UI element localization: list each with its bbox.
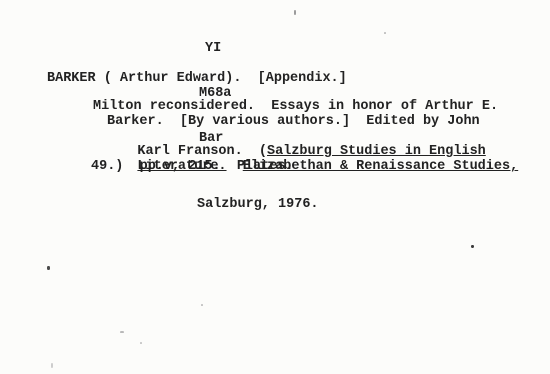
catalog-card-scan: { "card": { "call_number": ["YI", "M68a"… <box>0 0 550 374</box>
scan-speck <box>384 32 386 34</box>
scan-speck <box>51 363 53 368</box>
scan-speck <box>471 245 474 248</box>
scan-speck <box>140 342 142 344</box>
author-heading: BARKER ( Arthur Edward). [Appendix.] <box>47 71 347 86</box>
scan-speck <box>201 304 203 306</box>
scan-speck <box>47 266 50 270</box>
entry-line-collation: 49.) pp.v, 215. Plates. <box>91 159 294 174</box>
entry-line-editors: Barker. [By various authors.] Edited by … <box>107 114 480 129</box>
entry-line-title: Milton reconsidered. Essays in honor of … <box>93 99 498 114</box>
call-number-line: YI <box>205 41 231 56</box>
scan-speck <box>294 10 296 15</box>
scan-speck <box>120 331 124 333</box>
imprint: Salzburg, 1976. <box>197 197 319 212</box>
